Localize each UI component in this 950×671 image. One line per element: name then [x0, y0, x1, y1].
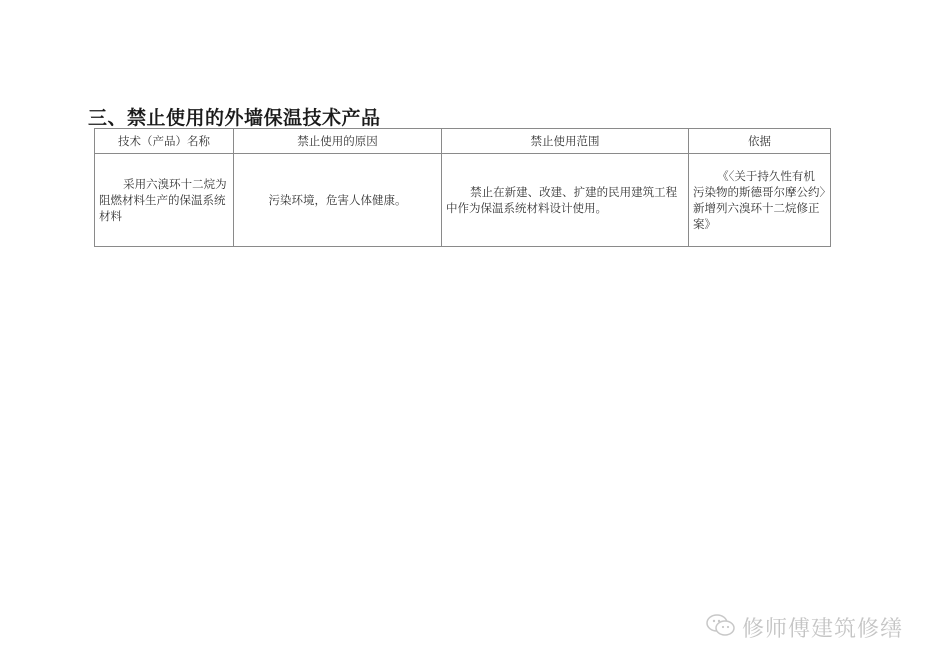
watermark: 修师傅建筑修缮	[706, 612, 903, 643]
cell-scope: 禁止在新建、改建、扩建的民用建筑工程中作为保温系统材料设计使用。	[442, 154, 689, 247]
table-row: 采用六溴环十二烷为阻燃材料生产的保温系统材料 污染环境，危害人体健康。 禁止在新…	[95, 154, 831, 247]
cell-product-name: 采用六溴环十二烷为阻燃材料生产的保温系统材料	[95, 154, 234, 247]
header-scope: 禁止使用范围	[442, 129, 689, 154]
header-reason: 禁止使用的原因	[234, 129, 442, 154]
cell-basis: 《〈关于持久性有机污染物的斯德哥尔摩公约〉新增列六溴环十二烷修正案》	[689, 154, 831, 247]
header-product-name: 技术（产品）名称	[95, 129, 234, 154]
header-basis: 依据	[689, 129, 831, 154]
cell-reason: 污染环境，危害人体健康。	[234, 154, 442, 247]
watermark-text: 修师傅建筑修缮	[742, 612, 903, 643]
table-header-row: 技术（产品）名称 禁止使用的原因 禁止使用范围 依据	[95, 129, 831, 154]
banned-products-table: 技术（产品）名称 禁止使用的原因 禁止使用范围 依据 采用六溴环十二烷为阻燃材料…	[94, 128, 831, 247]
wechat-icon	[706, 613, 736, 643]
section-title: 三、禁止使用的外墙保温技术产品	[88, 103, 381, 130]
